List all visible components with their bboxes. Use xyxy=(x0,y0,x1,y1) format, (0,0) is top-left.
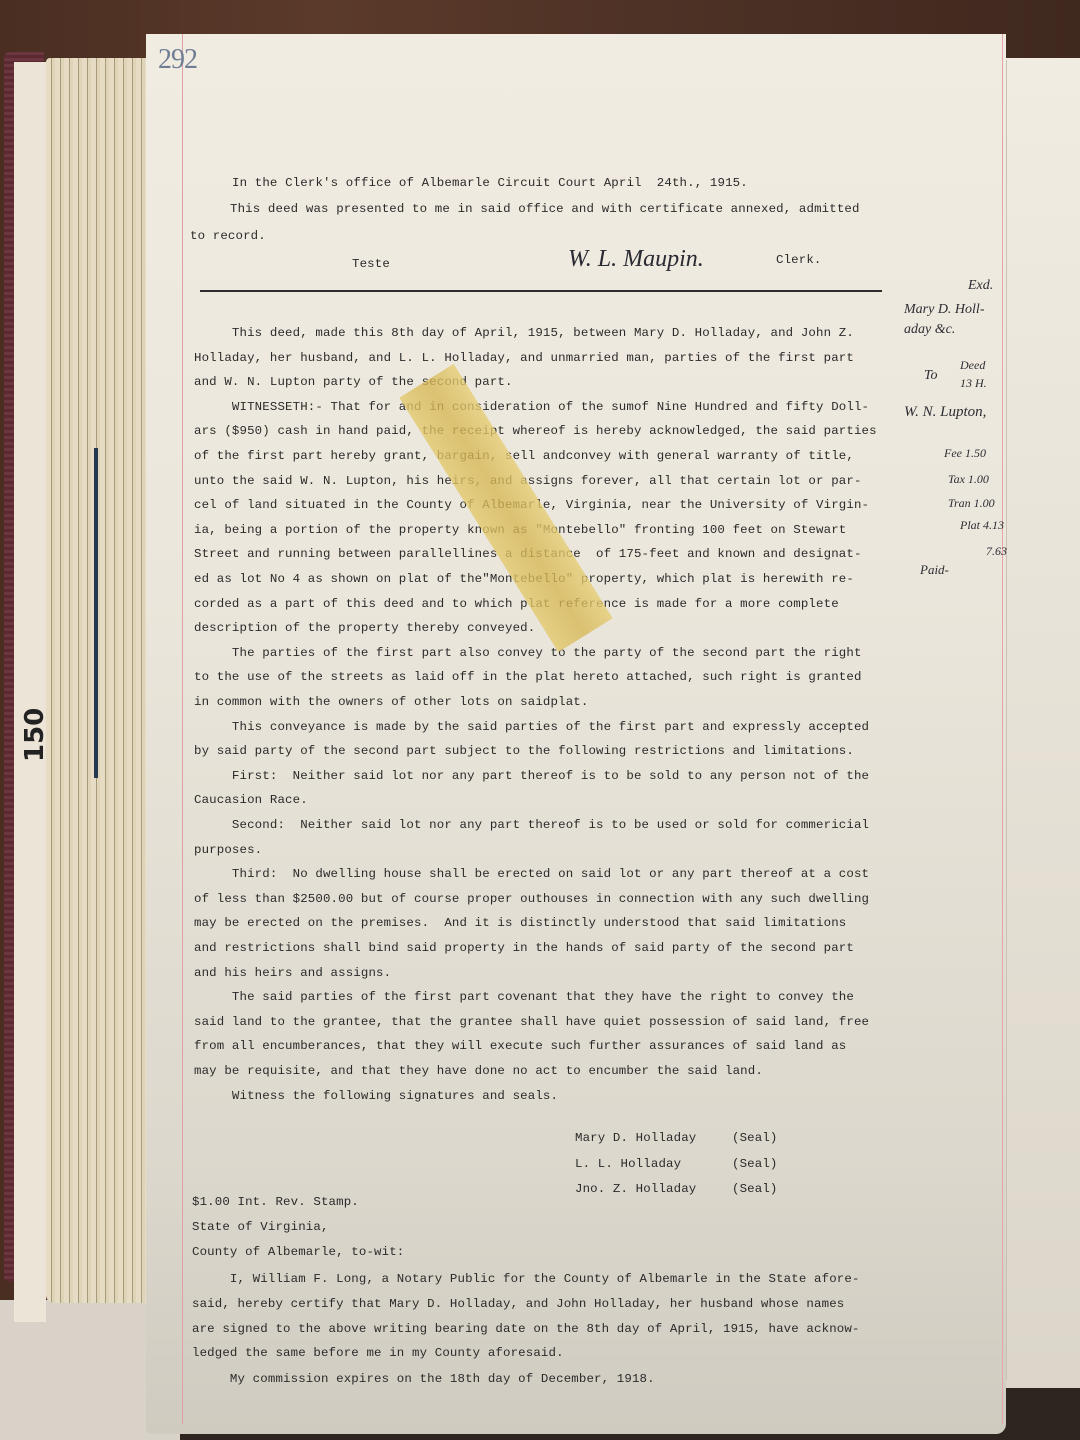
deed-line: description of the property thereby conv… xyxy=(194,621,535,635)
deed-line: The said parties of the first part coven… xyxy=(194,990,854,1004)
recording-line-2: This deed was presented to me in said of… xyxy=(230,202,860,216)
deed-line: and his heirs and assigns. xyxy=(194,966,391,980)
deed-line: corded as a part of this deed and to whi… xyxy=(194,597,839,611)
spine-label-strip xyxy=(14,62,46,1322)
margin-fee-item: Fee 1.50 xyxy=(944,446,986,461)
facing-page xyxy=(1004,58,1080,1388)
clerk-signature: W. L. Maupin. xyxy=(568,246,704,273)
deed-line: The parties of the first part also conve… xyxy=(194,646,862,660)
right-margin-rule xyxy=(1002,34,1003,1424)
recording-line-3: to record. xyxy=(190,229,266,243)
margin-fee-item: Plat 4.13 xyxy=(960,518,1004,533)
acknowledgment-line: $1.00 Int. Rev. Stamp. xyxy=(192,1195,359,1209)
deed-line: of the first part hereby grant, bargain,… xyxy=(194,449,854,463)
acknowledgment-line: ledged the same before me in my County a… xyxy=(192,1346,564,1360)
section-divider xyxy=(200,290,882,292)
margin-note-to: To xyxy=(924,368,938,384)
margin-fee-item: Tax 1.00 xyxy=(948,472,989,487)
deed-line: in common with the owners of other lots … xyxy=(194,695,588,709)
deed-line: said land to the grantee, that the grant… xyxy=(194,1015,869,1029)
margin-fee-item: Tran 1.00 xyxy=(948,496,995,511)
margin-note-grantor: Mary D. Holl- aday &c. xyxy=(904,300,985,340)
deed-line: ars ($950) cash in hand paid, the receip… xyxy=(194,424,877,438)
deed-line: This conveyance is made by the said part… xyxy=(194,720,869,734)
recording-line-1: In the Clerk's office of Albemarle Circu… xyxy=(232,176,748,190)
deed-line: First: Neither said lot nor any part the… xyxy=(194,769,869,783)
deed-line: Witness the following signatures and sea… xyxy=(194,1089,558,1103)
deed-line: purposes. xyxy=(194,843,262,857)
seal-label: (Seal) xyxy=(732,1157,778,1171)
seal-label: (Seal) xyxy=(732,1131,778,1145)
acknowledgment-line: are signed to the above writing bearing … xyxy=(192,1322,860,1336)
clerk-label: Clerk. xyxy=(776,253,822,267)
page-number: 292 xyxy=(158,44,197,76)
margin-note-paid: Paid- xyxy=(920,562,949,578)
deed-line: may be erected on the premises. And it i… xyxy=(194,916,846,930)
deed-line: and restrictions shall bind said propert… xyxy=(194,941,854,955)
acknowledgment-line: I, William F. Long, a Notary Public for … xyxy=(192,1272,860,1286)
deed-line: Second: Neither said lot nor any part th… xyxy=(194,818,869,832)
acknowledgment-line: County of Albemarle, to-wit: xyxy=(192,1245,404,1259)
acknowledgment-line: My commission expires on the 18th day of… xyxy=(192,1372,655,1386)
seal-label: (Seal) xyxy=(732,1182,778,1196)
deed-line: Caucasion Race. xyxy=(194,793,308,807)
deed-line: may be requisite, and that they have don… xyxy=(194,1064,763,1078)
deed-line: to the use of the streets as laid off in… xyxy=(194,670,862,684)
margin-note-total: 7.63 xyxy=(986,544,1007,559)
margin-note-examined: Exd. xyxy=(968,278,993,294)
deed-line: WITNESSETH:- That for and in considerati… xyxy=(194,400,869,414)
deed-line: from all encumberances, that they will e… xyxy=(194,1039,846,1053)
deed-line: Holladay, her husband, and L. L. Hollada… xyxy=(194,351,854,365)
deed-line: of less than $2500.00 but of course prop… xyxy=(194,892,869,906)
page-edges xyxy=(46,58,156,1303)
left-margin-rule xyxy=(182,34,183,1424)
signatory-name: L. L. Holladay xyxy=(575,1157,681,1171)
bookmark-ribbon xyxy=(94,448,98,778)
deed-line: Third: No dwelling house shall be erecte… xyxy=(194,867,869,881)
teste-label: Teste xyxy=(352,257,390,271)
acknowledgment-line: State of Virginia, xyxy=(192,1220,329,1234)
signatory-name: Jno. Z. Holladay xyxy=(575,1182,696,1196)
margin-note-grantee: W. N. Lupton, xyxy=(904,404,986,421)
signatory-name: Mary D. Holladay xyxy=(575,1131,696,1145)
margin-note-instrument: Deed 13 H. xyxy=(960,356,987,392)
deed-line: by said party of the second part subject… xyxy=(194,744,854,758)
deed-line: This deed, made this 8th day of April, 1… xyxy=(194,326,854,340)
acknowledgment-line: said, hereby certify that Mary D. Hollad… xyxy=(192,1297,844,1311)
